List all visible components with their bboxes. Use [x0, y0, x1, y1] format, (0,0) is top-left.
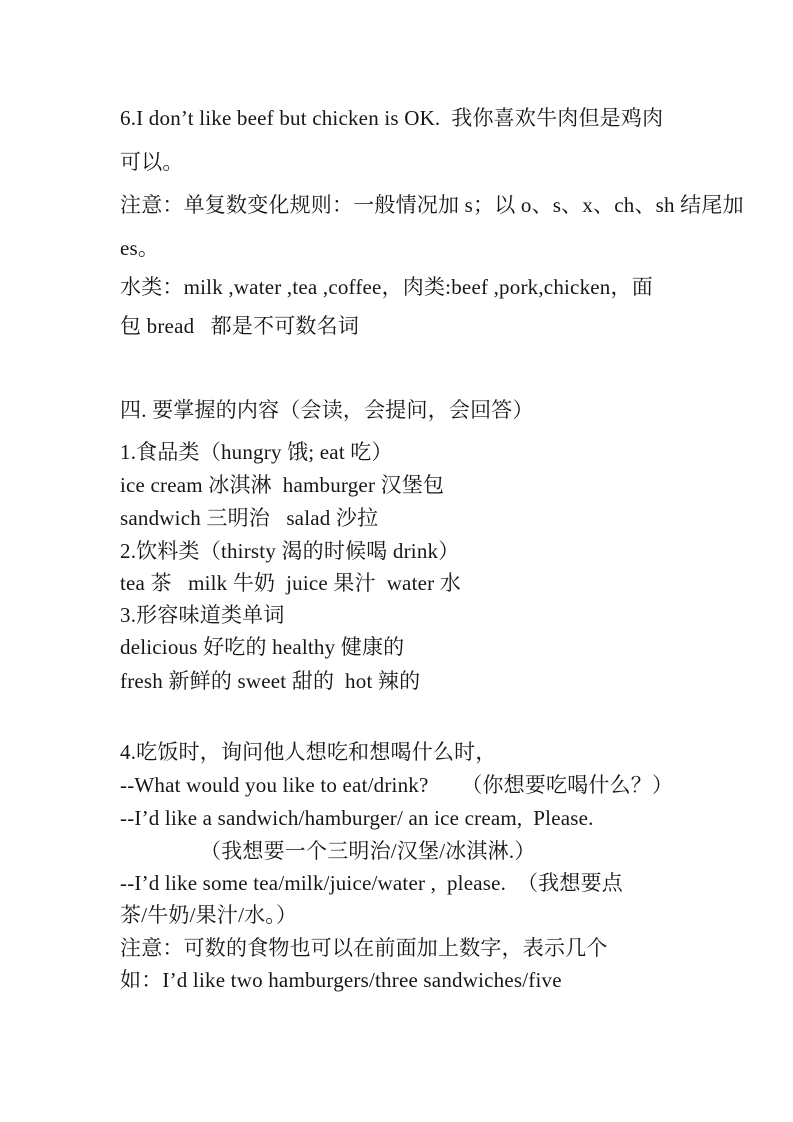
text-line-food-words-2: sandwich 三明治 salad 沙拉: [120, 503, 378, 533]
text-line-dialog-answer-2-cont: 茶/牛奶/果汁/水。）: [120, 900, 297, 930]
text-line-dialog-answer-1-cn: （我想要一个三明治/汉堡/冰淇淋.）: [200, 836, 536, 866]
text-line-sentence6-cn: 可以。: [120, 147, 184, 177]
text-line-example: 如：I’d like two hamburgers/three sandwich…: [120, 965, 562, 995]
text-line-drink-category: 2.饮料类（thirsty 渴的时候喝 drink）: [120, 536, 459, 566]
text-line-sentence6-en: 6.I don’t like beef but chicken is OK. 我…: [120, 103, 663, 133]
text-line-dialog-intro: 4.吃饭时，询问他人想吃和想喝什么时，: [120, 737, 497, 767]
text-line-uncountable-list-cont: 包 bread 都是不可数名词: [120, 311, 359, 341]
text-line-taste-words-2: fresh 新鲜的 sweet 甜的 hot 辣的: [120, 666, 420, 696]
text-line-drink-words: tea 茶 milk 牛奶 juice 果汁 water 水: [120, 568, 461, 598]
text-line-note-plural-rule-cont: es。: [120, 233, 159, 263]
text-line-food-category: 1.食品类（hungry 饿; eat 吃）: [120, 437, 393, 467]
text-line-dialog-question: --What would you like to eat/drink? （你想要…: [120, 770, 673, 800]
text-line-uncountable-list: 水类：milk ,water ,tea ,coffee，肉类:beef ,por…: [120, 272, 653, 302]
text-line-note-plural-rule: 注意：单复数变化规则：一般情况加 s；以 o、s、x、ch、sh 结尾加: [120, 190, 744, 220]
text-line-taste-words-1: delicious 好吃的 healthy 健康的: [120, 632, 404, 662]
text-line-dialog-answer-2: --I’d like some tea/milk/juice/water , p…: [120, 868, 623, 898]
text-line-note-countable: 注意：可数的食物也可以在前面加上数字，表示几个: [120, 933, 608, 963]
text-line-dialog-answer-1: --I’d like a sandwich/hamburger/ an ice …: [120, 803, 594, 833]
text-line-taste-category: 3.形容味道类单词: [120, 600, 285, 630]
section-heading-4: 四. 要掌握的内容（会读，会提问，会回答）: [120, 395, 534, 425]
document-page: 6.I don’t like beef but chicken is OK. 我…: [0, 0, 793, 1122]
text-line-food-words-1: ice cream 冰淇淋 hamburger 汉堡包: [120, 470, 444, 500]
